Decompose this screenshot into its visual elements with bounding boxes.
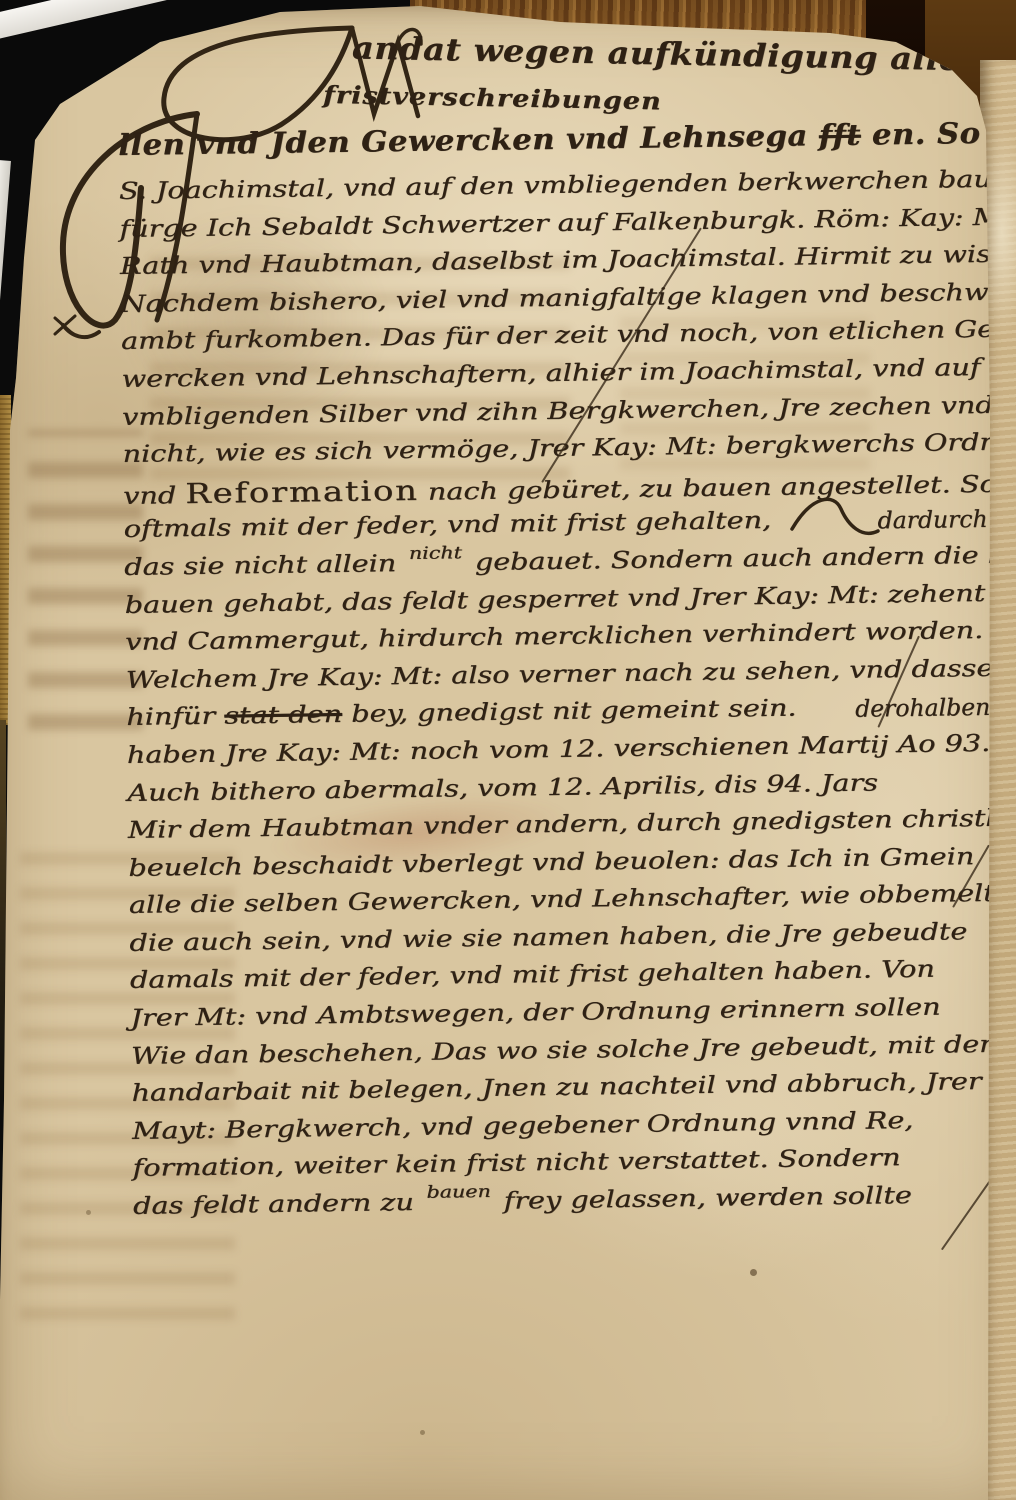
line-right-word: derohalben (855, 693, 990, 723)
manuscript-page: andat wegen aufkündigung aller fristvers… (0, 0, 1016, 1500)
swash-before-dardurch (788, 487, 883, 547)
manuscript-photo: andat wegen aufkündigung aller fristvers… (0, 0, 1016, 1500)
manuscript-body: llen vnd Jden Gewercken vnd Lehnsega fft… (118, 116, 989, 1229)
speck (86, 1210, 91, 1215)
speck (420, 1430, 425, 1435)
line-right-word: dardurch (877, 505, 987, 535)
speck (750, 1269, 757, 1276)
paper-sliver-left (0, 160, 11, 400)
